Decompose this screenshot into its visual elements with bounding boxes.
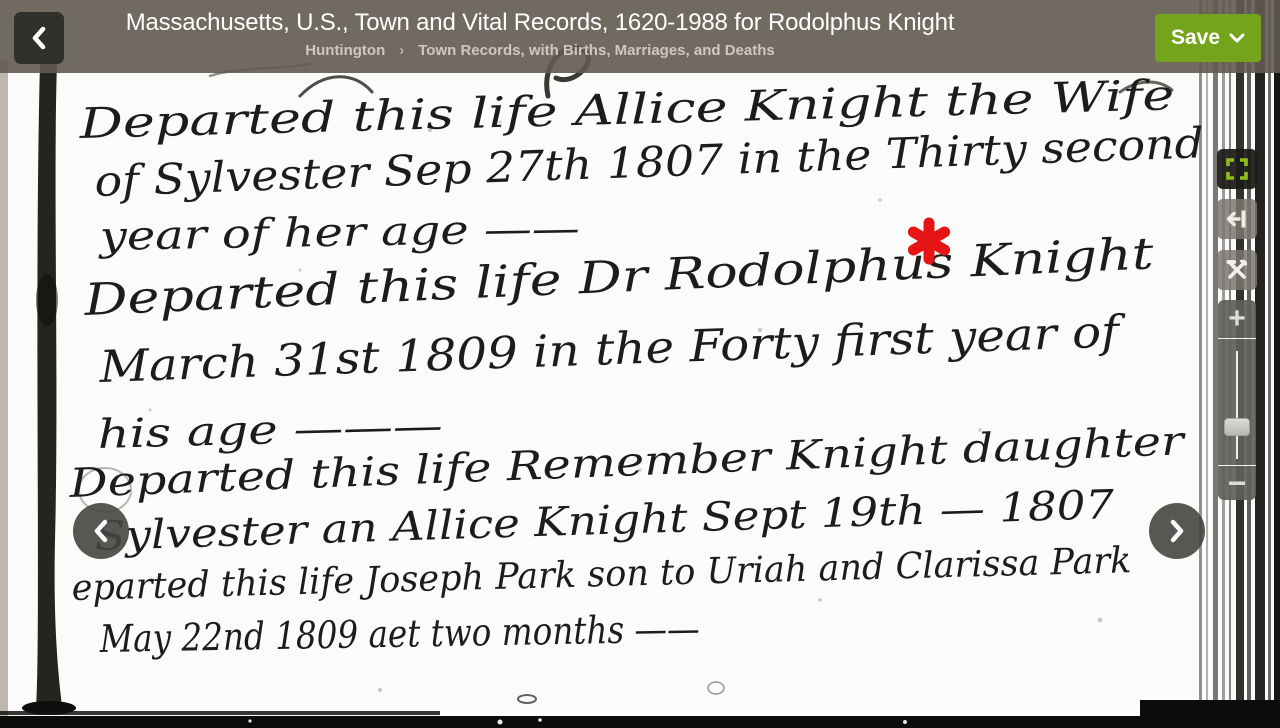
arrow-left-to-bar-icon	[1226, 208, 1248, 230]
previous-image-button[interactable]	[73, 503, 129, 559]
fit-to-page-button[interactable]	[1217, 199, 1257, 239]
hammer-wrench-icon	[1225, 258, 1249, 282]
fullscreen-button[interactable]	[1217, 149, 1257, 189]
title-block: Massachusetts, U.S., Town and Vital Reco…	[0, 0, 1080, 73]
handwriting-line: year of her age ——	[97, 206, 580, 260]
zoom-in-button[interactable]: +	[1218, 300, 1256, 338]
zoom-track-line	[1236, 351, 1238, 459]
tools-button[interactable]	[1217, 250, 1257, 290]
record-image-canvas[interactable]: Departed this life Allice Knight the Wif…	[0, 0, 1280, 728]
zoom-out-button[interactable]: −	[1218, 466, 1256, 500]
breadcrumb: Huntington › Town Records, with Births, …	[0, 42, 1080, 59]
save-button[interactable]: Save	[1155, 14, 1261, 62]
breadcrumb-current-link[interactable]: Town Records, with Births, Marriages, an…	[418, 42, 774, 59]
zoom-slider-track[interactable]	[1218, 339, 1256, 465]
chevron-left-icon	[90, 518, 112, 544]
zoom-control: + −	[1218, 300, 1256, 500]
red-asterisk-icon	[905, 217, 953, 265]
page-title: Massachusetts, U.S., Town and Vital Reco…	[0, 9, 1080, 37]
record-viewer: Departed this life Allice Knight the Wif…	[0, 0, 1280, 728]
record-marker	[905, 217, 953, 265]
next-image-button[interactable]	[1149, 503, 1205, 559]
breadcrumb-separator-icon: ›	[399, 42, 404, 59]
save-button-label: Save	[1171, 26, 1220, 50]
breadcrumb-parent-link[interactable]: Huntington	[305, 42, 385, 59]
fullscreen-corners-icon	[1226, 158, 1248, 180]
zoom-slider-handle[interactable]	[1224, 418, 1250, 436]
chevron-down-icon	[1229, 33, 1245, 43]
viewer-header: Massachusetts, U.S., Town and Vital Reco…	[0, 0, 1280, 73]
chevron-right-icon	[1166, 518, 1188, 544]
